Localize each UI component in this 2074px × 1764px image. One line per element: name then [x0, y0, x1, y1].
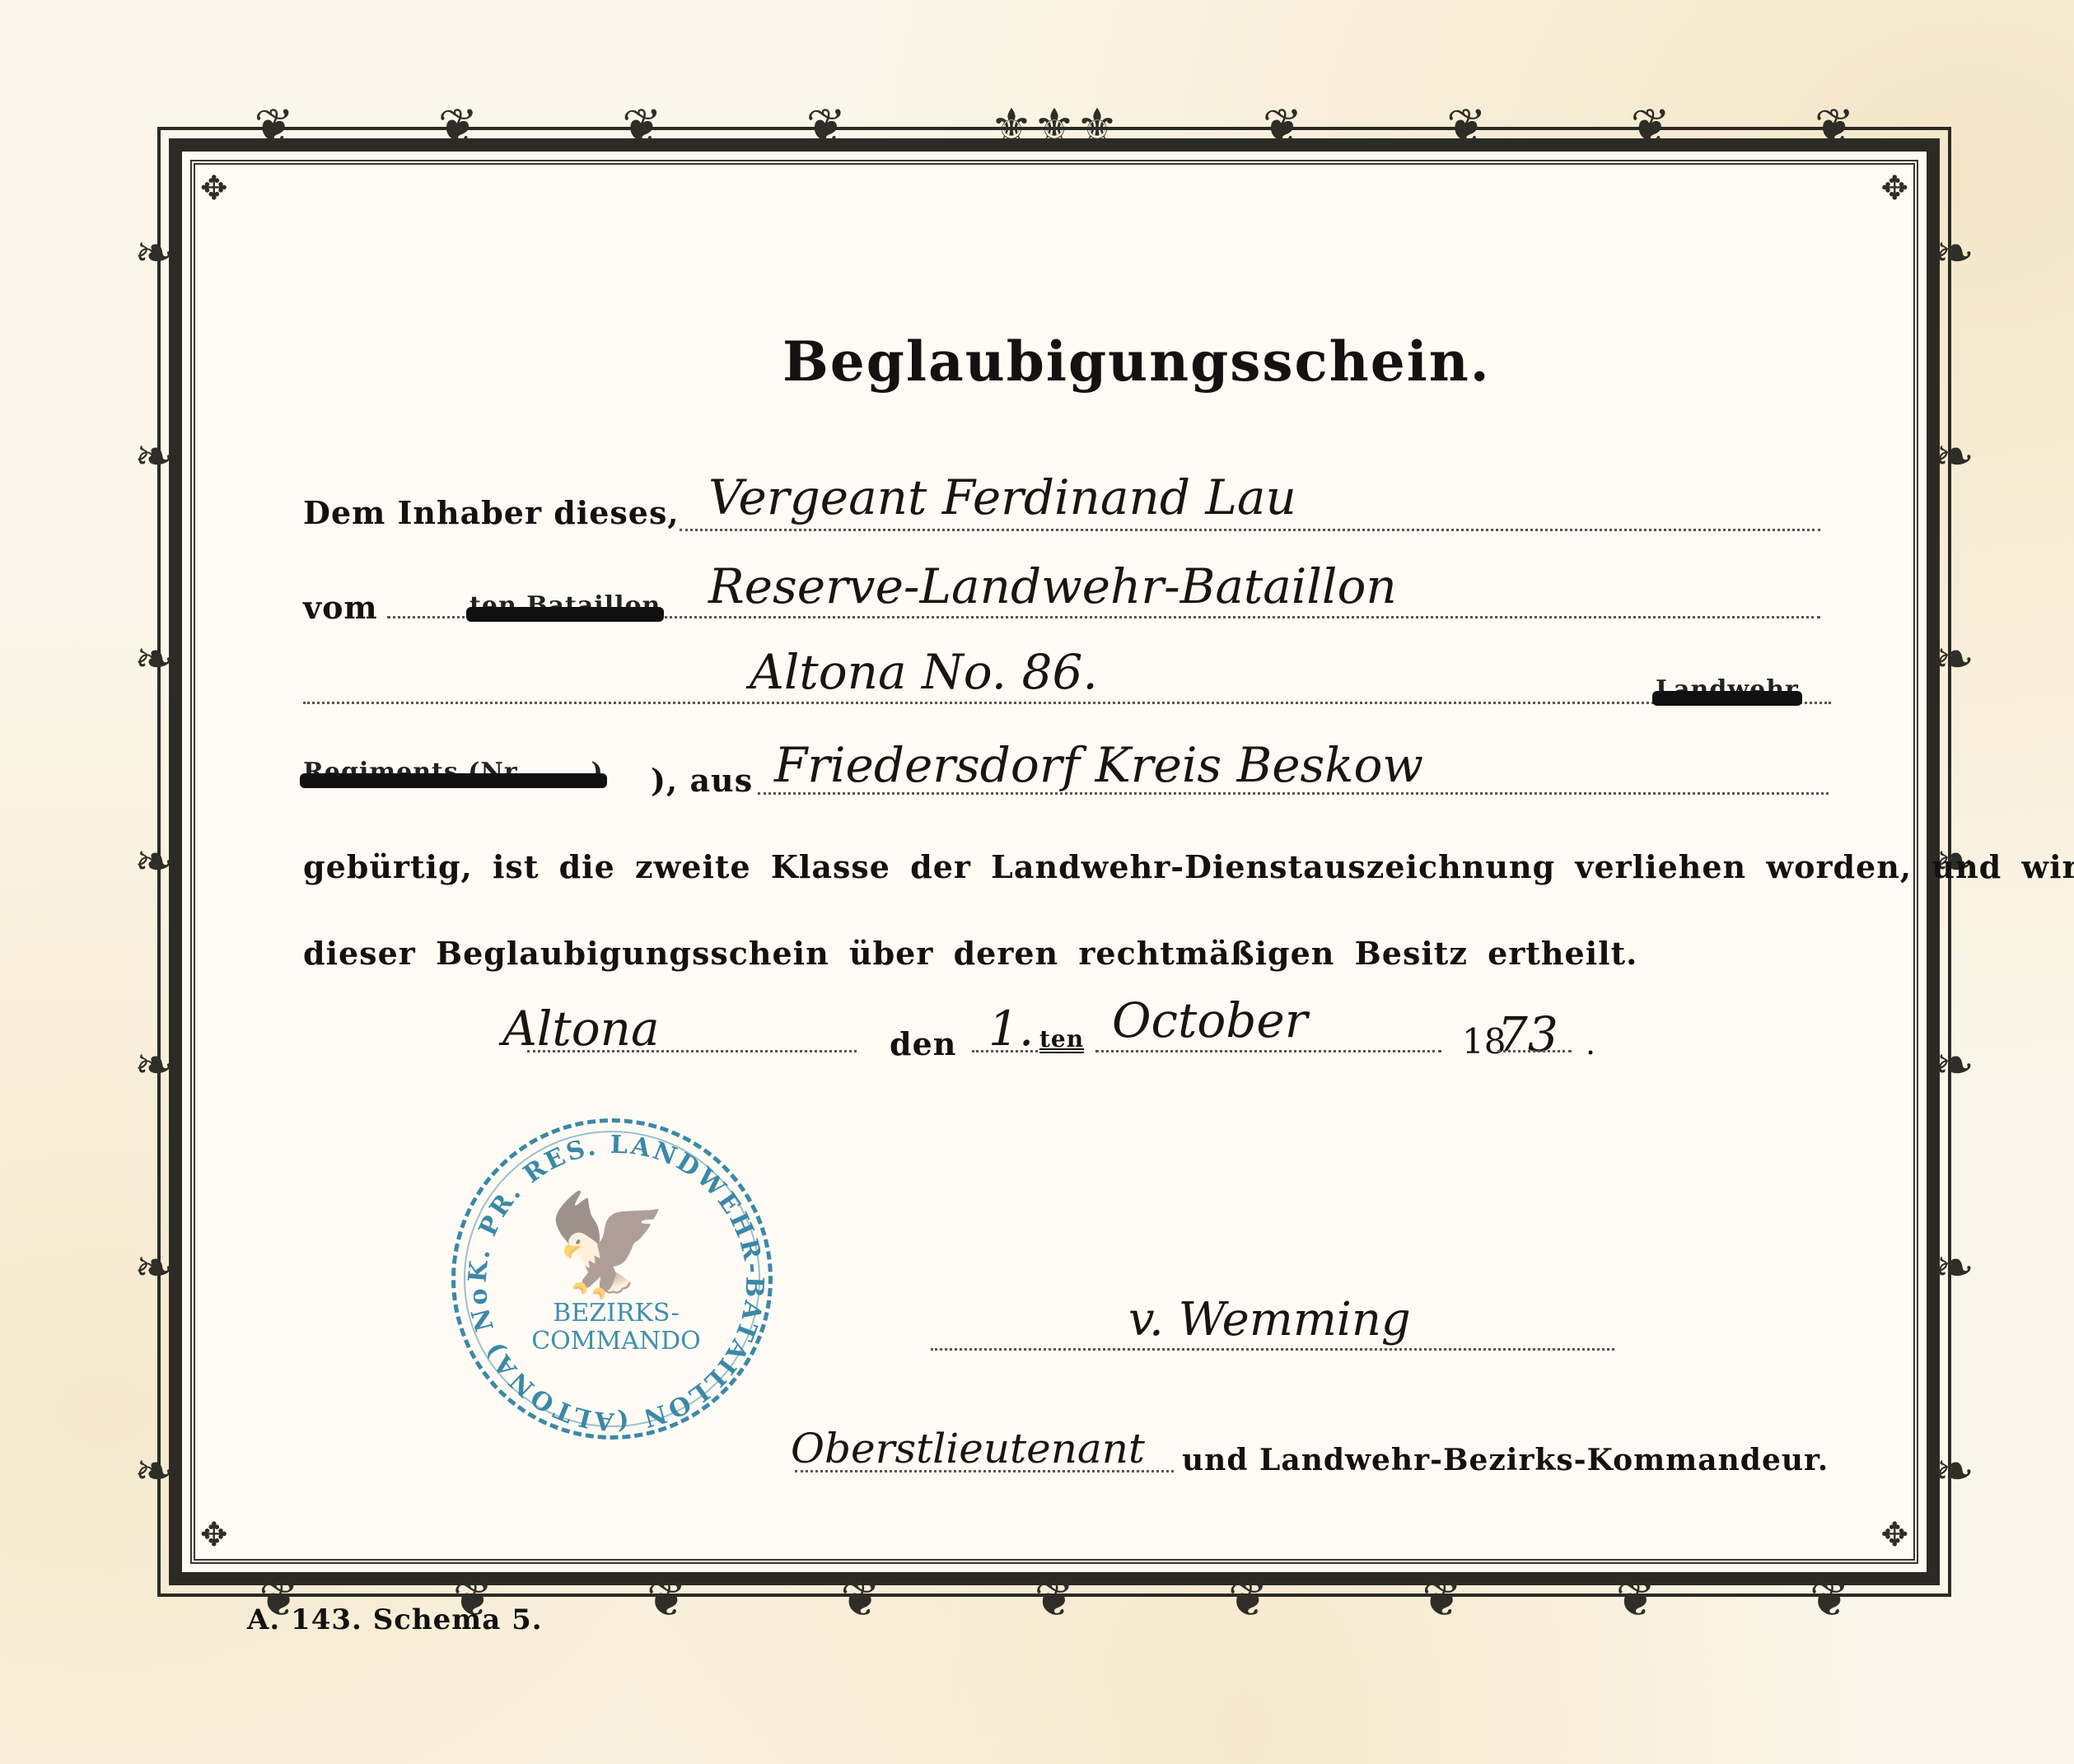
corner-rosette-icon: ✥ — [200, 1516, 228, 1554]
year-handwritten: 73 — [1497, 1006, 1558, 1062]
form-reference: A. 143. Schema 5. — [247, 1603, 543, 1636]
birthplace-handwritten: Friedersdorf Kreis Beskow — [774, 737, 1423, 793]
date-month-handwritten: October — [1112, 992, 1307, 1048]
body-text-line-2: dieser Beglaubigungsschein über deren re… — [303, 935, 1637, 972]
holder-name-handwritten: Vergeant Ferdinand Lau — [708, 469, 1296, 525]
stamp-center-line-1: BEZIRKS- — [530, 1300, 703, 1328]
border-ornament-left: ❧❧❧❧❧❧❧ — [134, 152, 175, 1572]
corner-rosette-icon: ✥ — [1880, 170, 1908, 208]
document-title: Beglaubigungsschein. — [782, 329, 1491, 394]
commander-title: und Landwehr-Bezirks-Kommandeur. — [1182, 1443, 1829, 1477]
fill-line — [303, 702, 1831, 704]
corner-rosette-icon: ✥ — [1880, 1516, 1908, 1554]
fill-line — [680, 529, 1820, 531]
date-day-handwritten: 1. — [988, 1001, 1034, 1057]
struck-regiment-text: Regiments (Nr. ......) — [303, 758, 604, 786]
border-ornament-top: ❦❦❦❦⚜⚜⚜❦❦❦❦ — [182, 102, 1927, 150]
holder-label: Dem Inhaber dieses, — [303, 494, 680, 531]
fill-line — [1497, 1050, 1572, 1052]
prussian-eagle-icon: 🦅 — [546, 1188, 669, 1304]
struck-battalion-text: ten Bataillon — [469, 591, 661, 620]
unit-location-handwritten: Altona No. 86. — [750, 644, 1098, 700]
fill-line — [1095, 1050, 1441, 1052]
stamp-center-line-2: COMMANDO — [530, 1328, 703, 1356]
day-suffix: ten — [1039, 1025, 1084, 1052]
unit-handwritten: Reserve-Landwehr-Bataillon — [708, 558, 1397, 614]
body-text-line-1: gebürtig, ist die zweite Klasse der Land… — [303, 848, 2074, 885]
signature-handwritten: v. Wemming — [1128, 1293, 1411, 1346]
struck-landwehr-text: Landwehr — [1656, 675, 1799, 704]
date-place-handwritten: Altona — [502, 1001, 660, 1057]
vom-label: vom — [303, 589, 378, 626]
signature-line — [931, 1348, 1614, 1351]
date-period: . — [1586, 1025, 1595, 1062]
den-label: den — [890, 1025, 956, 1062]
official-seal-stamp: K. PR. RES. LANDWEHR-BATAILLON (ALTONA) … — [451, 1118, 773, 1440]
rank-handwritten: Oberstlieutenant — [791, 1425, 1145, 1472]
corner-rosette-icon: ✥ — [200, 170, 228, 208]
aus-label: ), aus — [651, 762, 753, 799]
